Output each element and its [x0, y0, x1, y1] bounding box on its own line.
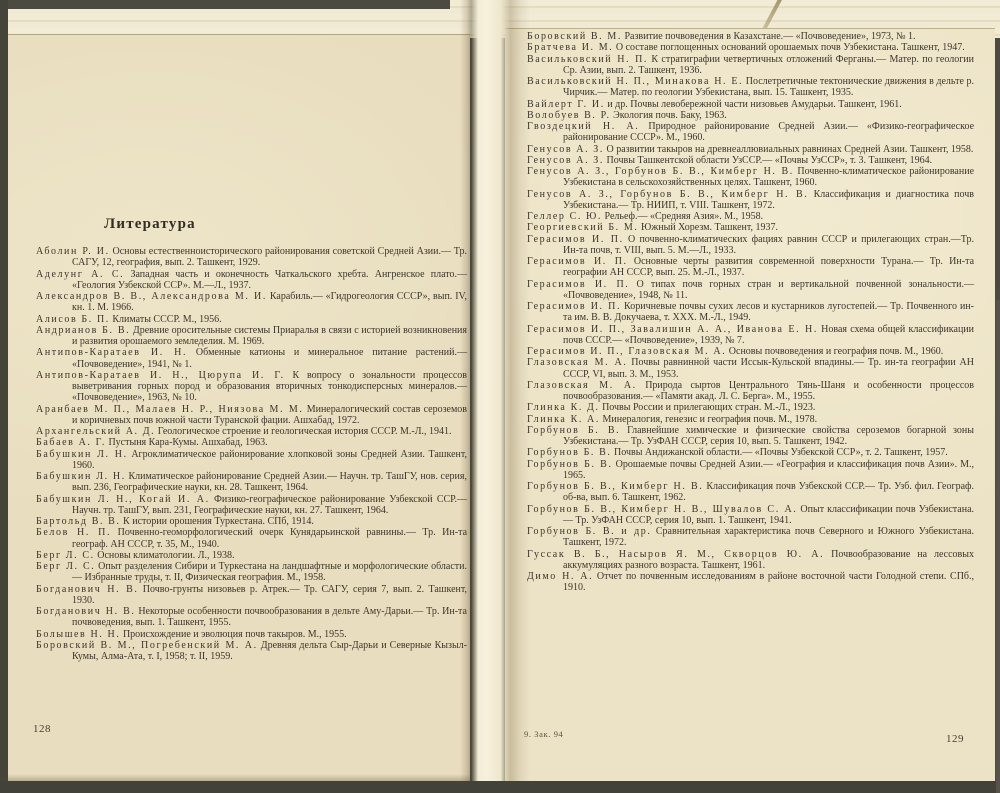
entry-author: Богданович Н. В. [36, 584, 138, 595]
entry-author: Волобуев В. Р. [527, 110, 611, 121]
bibliography-entry: Аделунг А. С. Западная часть и оконечнос… [36, 269, 467, 292]
bibliography-entry: Васильковский Н. П., Минакова Н. Е. Посл… [527, 76, 974, 99]
bibliography-entry: Богданович Н. В. Некоторые особенности п… [36, 606, 467, 629]
bibliography-entry: Богданович Н. В. Почво-грунты низовьев р… [36, 584, 467, 607]
bibliography-entry: Глазовская М. А. Почвы равнинной части И… [527, 357, 974, 380]
bibliography-entry: Генусов А. З., Горбунов Б. В., Кимберг Н… [527, 189, 974, 212]
entry-author: Горбунов Б. В. [527, 459, 613, 470]
bibliography-entry: Герасимов И. П. Коричневые почвы сухих л… [527, 301, 974, 324]
entry-author: Аранбаев М. П., Малаев Н. Р., Ниязова М.… [36, 404, 304, 415]
entry-author: Бабушкин Л. Н. [36, 449, 128, 460]
bibliography-entry: Геллер С. Ю. Рельеф.— «Средняя Азия». М.… [527, 211, 974, 222]
bibliography-entry: Горбунов Б. В. Главнейшие химические и ф… [527, 425, 974, 448]
entry-author: Герасимов И. П. [527, 301, 621, 312]
entry-author: Вайлерт Г. И. [527, 99, 605, 110]
right-page-entries: Боровский В. М. Развитие почвоведения в … [527, 31, 974, 594]
bibliography-entry: Димо Н. А. Отчет по почвенным исследован… [527, 571, 974, 594]
entry-author: Белов Н. П. [36, 527, 111, 538]
printer-signature-mark: 9. Зак. 94 [524, 729, 563, 739]
bibliography-entry: Белов Н. П. Почвенно-геоморфологический … [36, 527, 467, 550]
bibliography-entry: Генусов А. З. О развитии такыров на древ… [527, 144, 974, 155]
entry-author: Герасимов И. П. [527, 256, 628, 267]
entry-author: Геллер С. Ю. [527, 211, 602, 222]
entry-author: Боровский В. М., Погребенский М. А. [36, 640, 258, 651]
bibliography-entry: Генусов А. З. Почвы Ташкентской области … [527, 155, 974, 166]
entry-author: Берг Л. С. [36, 561, 95, 572]
book-gutter [460, 0, 530, 793]
bibliography-entry: Горбунов Б. В. Почвы Андижанской области… [527, 447, 974, 458]
bibliography-entry: Глинка К. А. Минералогия, генезис и геог… [527, 414, 974, 425]
entry-author: Герасимов И. П., Завалишин А. А., Иванов… [527, 324, 818, 335]
entry-author: Генусов А. З. [527, 155, 604, 166]
entry-author: Генусов А. З., Горбунов Б. В., Кимберг Н… [527, 189, 808, 200]
bibliography-entry: Горбунов Б. В. и др. Сравнительная харак… [527, 526, 974, 549]
entry-author: Богданович Н. В. [36, 606, 135, 617]
bibliography-entry: Герасимов И. П. Основные черты развития … [527, 256, 974, 279]
bibliography-entry: Болышев Н. Н. Происхождение и эволюция п… [36, 629, 467, 640]
entry-author: Берг Л. С. [36, 550, 95, 561]
bibliography-entry: Берг Л. С. Основы климатологии. Л., 1938… [36, 550, 467, 561]
entry-author: Генусов А. З., Горбунов Б. В., Кимберг Н… [527, 166, 794, 177]
bibliography-entry: Берг Л. С. Опыт разделения Сибири и Турк… [36, 561, 467, 584]
entry-author: Антипов-Каратаев И. Н. [36, 347, 187, 358]
bibliography-entry: Бабаев А. Г. Пустыня Кара-Кумы. Ашхабад,… [36, 437, 467, 448]
entry-author: Герасимов И. П. [527, 234, 624, 245]
background-edge-right [996, 300, 1000, 793]
page-number-left: 128 [33, 723, 51, 735]
bibliography-entry: Герасимов И. П., Завалишин А. А., Иванов… [527, 324, 974, 347]
bibliography-entry: Горбунов Б. В., Кимберг Н. В., Шувалов С… [527, 504, 974, 527]
entry-author: Аболин Р. И. [36, 246, 110, 257]
background-edge-left [0, 0, 8, 793]
bibliography-entry: Аболин Р. И. Основы естественноисторичес… [36, 246, 467, 269]
bibliography-entry: Архангельский А. Д. Геологическое строен… [36, 426, 467, 437]
entry-author: Горбунов Б. В. [527, 447, 612, 458]
book-spread-photo: Литература Аболин Р. И. Основы естествен… [0, 0, 1000, 793]
bibliography-entry: Аранбаев М. П., Малаев Н. Р., Ниязова М.… [36, 404, 467, 427]
bibliography-entry: Глинка К. Д. Почвы России и прилегающих … [527, 402, 974, 413]
bibliography-entry: Бабушкин Л. Н. Климатическое районирован… [36, 471, 467, 494]
bibliography-entry: Бартольд В. В. К истории орошения Туркес… [36, 516, 467, 527]
entry-author: Аделунг А. С. [36, 269, 124, 280]
left-page-content: Литература Аболин Р. И. Основы естествен… [36, 216, 467, 662]
entry-author: Алисов Б. П. [36, 314, 110, 325]
bibliography-entry: Алисов Б. П. Климаты СССР. М., 1956. [36, 314, 467, 325]
bibliography-entry: Вайлерт Г. И. и др. Почвы левобережной ч… [527, 99, 974, 110]
entry-author: Бабушкин Л. Н., Когай И. А. [36, 494, 210, 505]
entry-author: Генусов А. З. [527, 144, 604, 155]
bibliography-entry: Братчева И. М. О составе поглощенных осн… [527, 42, 974, 53]
bibliography-entry: Антипов-Каратаев И. Н., Цюрупа И. Г. К в… [36, 370, 467, 404]
bibliography-entry: Боровский В. М. Развитие почвоведения в … [527, 31, 974, 42]
entry-author: Горбунов Б. В., Кимберг Н. В., Шувалов С… [527, 504, 797, 515]
bibliography-entry: Герасимов И. П. О типах почв горных стра… [527, 279, 974, 302]
bibliography-entry: Гвоздецкий Н. А. Природное районирование… [527, 121, 974, 144]
entry-author: Глазовская М. А. [527, 380, 637, 391]
entry-author: Андрианов Б. В. [36, 325, 130, 336]
entry-author: Архангельский А. Д. [36, 426, 155, 437]
entry-author: Болышев Н. Н. [36, 629, 120, 640]
entry-author: Бартольд В. В. [36, 516, 121, 527]
bibliography-entry: Бабушкин Л. Н., Когай И. А. Физико-геогр… [36, 494, 467, 517]
bibliography-entry: Горбунов Б. В. Орошаемые почвы Средней А… [527, 459, 974, 482]
bibliography-entry: Герасимов И. П., Глазовская М. А. Основы… [527, 346, 974, 357]
entry-author: Герасимов И. П., Глазовская М. А. [527, 346, 726, 357]
bibliography-entry: Боровский В. М., Погребенский М. А. Древ… [36, 640, 467, 663]
entry-author: Георгиевский Б. М. [527, 222, 638, 233]
bibliography-entry: Герасимов И. П. О почвенно-климатических… [527, 234, 974, 257]
bibliography-entry: Георгиевский Б. М. Южный Хорезм. Ташкент… [527, 222, 974, 233]
entry-author: Васильковский Н. П. [527, 54, 648, 65]
entry-author: Горбунов Б. В. и др. [527, 526, 652, 537]
left-page-entries: Аболин Р. И. Основы естественноисторичес… [36, 246, 467, 662]
entry-author: Бабушкин Л. Н. [36, 471, 126, 482]
bibliography-entry: Андрианов Б. В. Древние оросительные сис… [36, 325, 467, 348]
background-edge-top [0, 0, 450, 9]
background-edge-bottom [0, 781, 1000, 793]
section-title: Литература [104, 216, 467, 233]
entry-author: Горбунов Б. В., Кимберг Н. В. [527, 481, 703, 492]
bibliography-entry: Волобуев В. Р. Экология почв. Баку, 1963… [527, 110, 974, 121]
page-number-right: 129 [946, 733, 964, 745]
entry-author: Герасимов И. П. [527, 279, 629, 290]
entry-author: Боровский В. М. [527, 31, 622, 42]
bibliography-entry: Александров В. В., Александрова М. И. Ка… [36, 291, 467, 314]
bibliography-entry: Горбунов Б. В., Кимберг Н. В. Классифика… [527, 481, 974, 504]
entry-author: Васильковский Н. П., Минакова Н. Е. [527, 76, 743, 87]
bibliography-entry: Гуссак В. Б., Насыров Я. М., Скворцов Ю.… [527, 549, 974, 572]
bibliography-entry: Бабушкин Л. Н. Агроклиматическое районир… [36, 449, 467, 472]
bibliography-entry: Васильковский Н. П. К стратиграфии четве… [527, 54, 974, 77]
entry-author: Бабаев А. Г. [36, 437, 106, 448]
bibliography-entry: Генусов А. З., Горбунов Б. В., Кимберг Н… [527, 166, 974, 189]
entry-author: Братчева И. М. [527, 42, 613, 53]
entry-author: Димо Н. А. [527, 571, 593, 582]
entry-author: Антипов-Каратаев И. Н., Цюрупа И. Г. [36, 370, 285, 381]
bibliography-entry: Глазовская М. А. Природа сыртов Централь… [527, 380, 974, 403]
bibliography-entry: Антипов-Каратаев И. Н. Обменные катионы … [36, 347, 467, 370]
entry-author: Горбунов Б. В. [527, 425, 620, 436]
entry-author: Глинка К. Д. [527, 402, 600, 413]
entry-author: Александров В. В., Александрова М. И. [36, 291, 267, 302]
entry-author: Гуссак В. Б., Насыров Я. М., Скворцов Ю.… [527, 549, 824, 560]
entry-author: Глазовская М. А. [527, 357, 627, 368]
right-page-content: Боровский В. М. Развитие почвоведения в … [527, 31, 974, 594]
entry-author: Гвоздецкий Н. А. [527, 121, 639, 132]
entry-author: Глинка К. А. [527, 414, 600, 425]
